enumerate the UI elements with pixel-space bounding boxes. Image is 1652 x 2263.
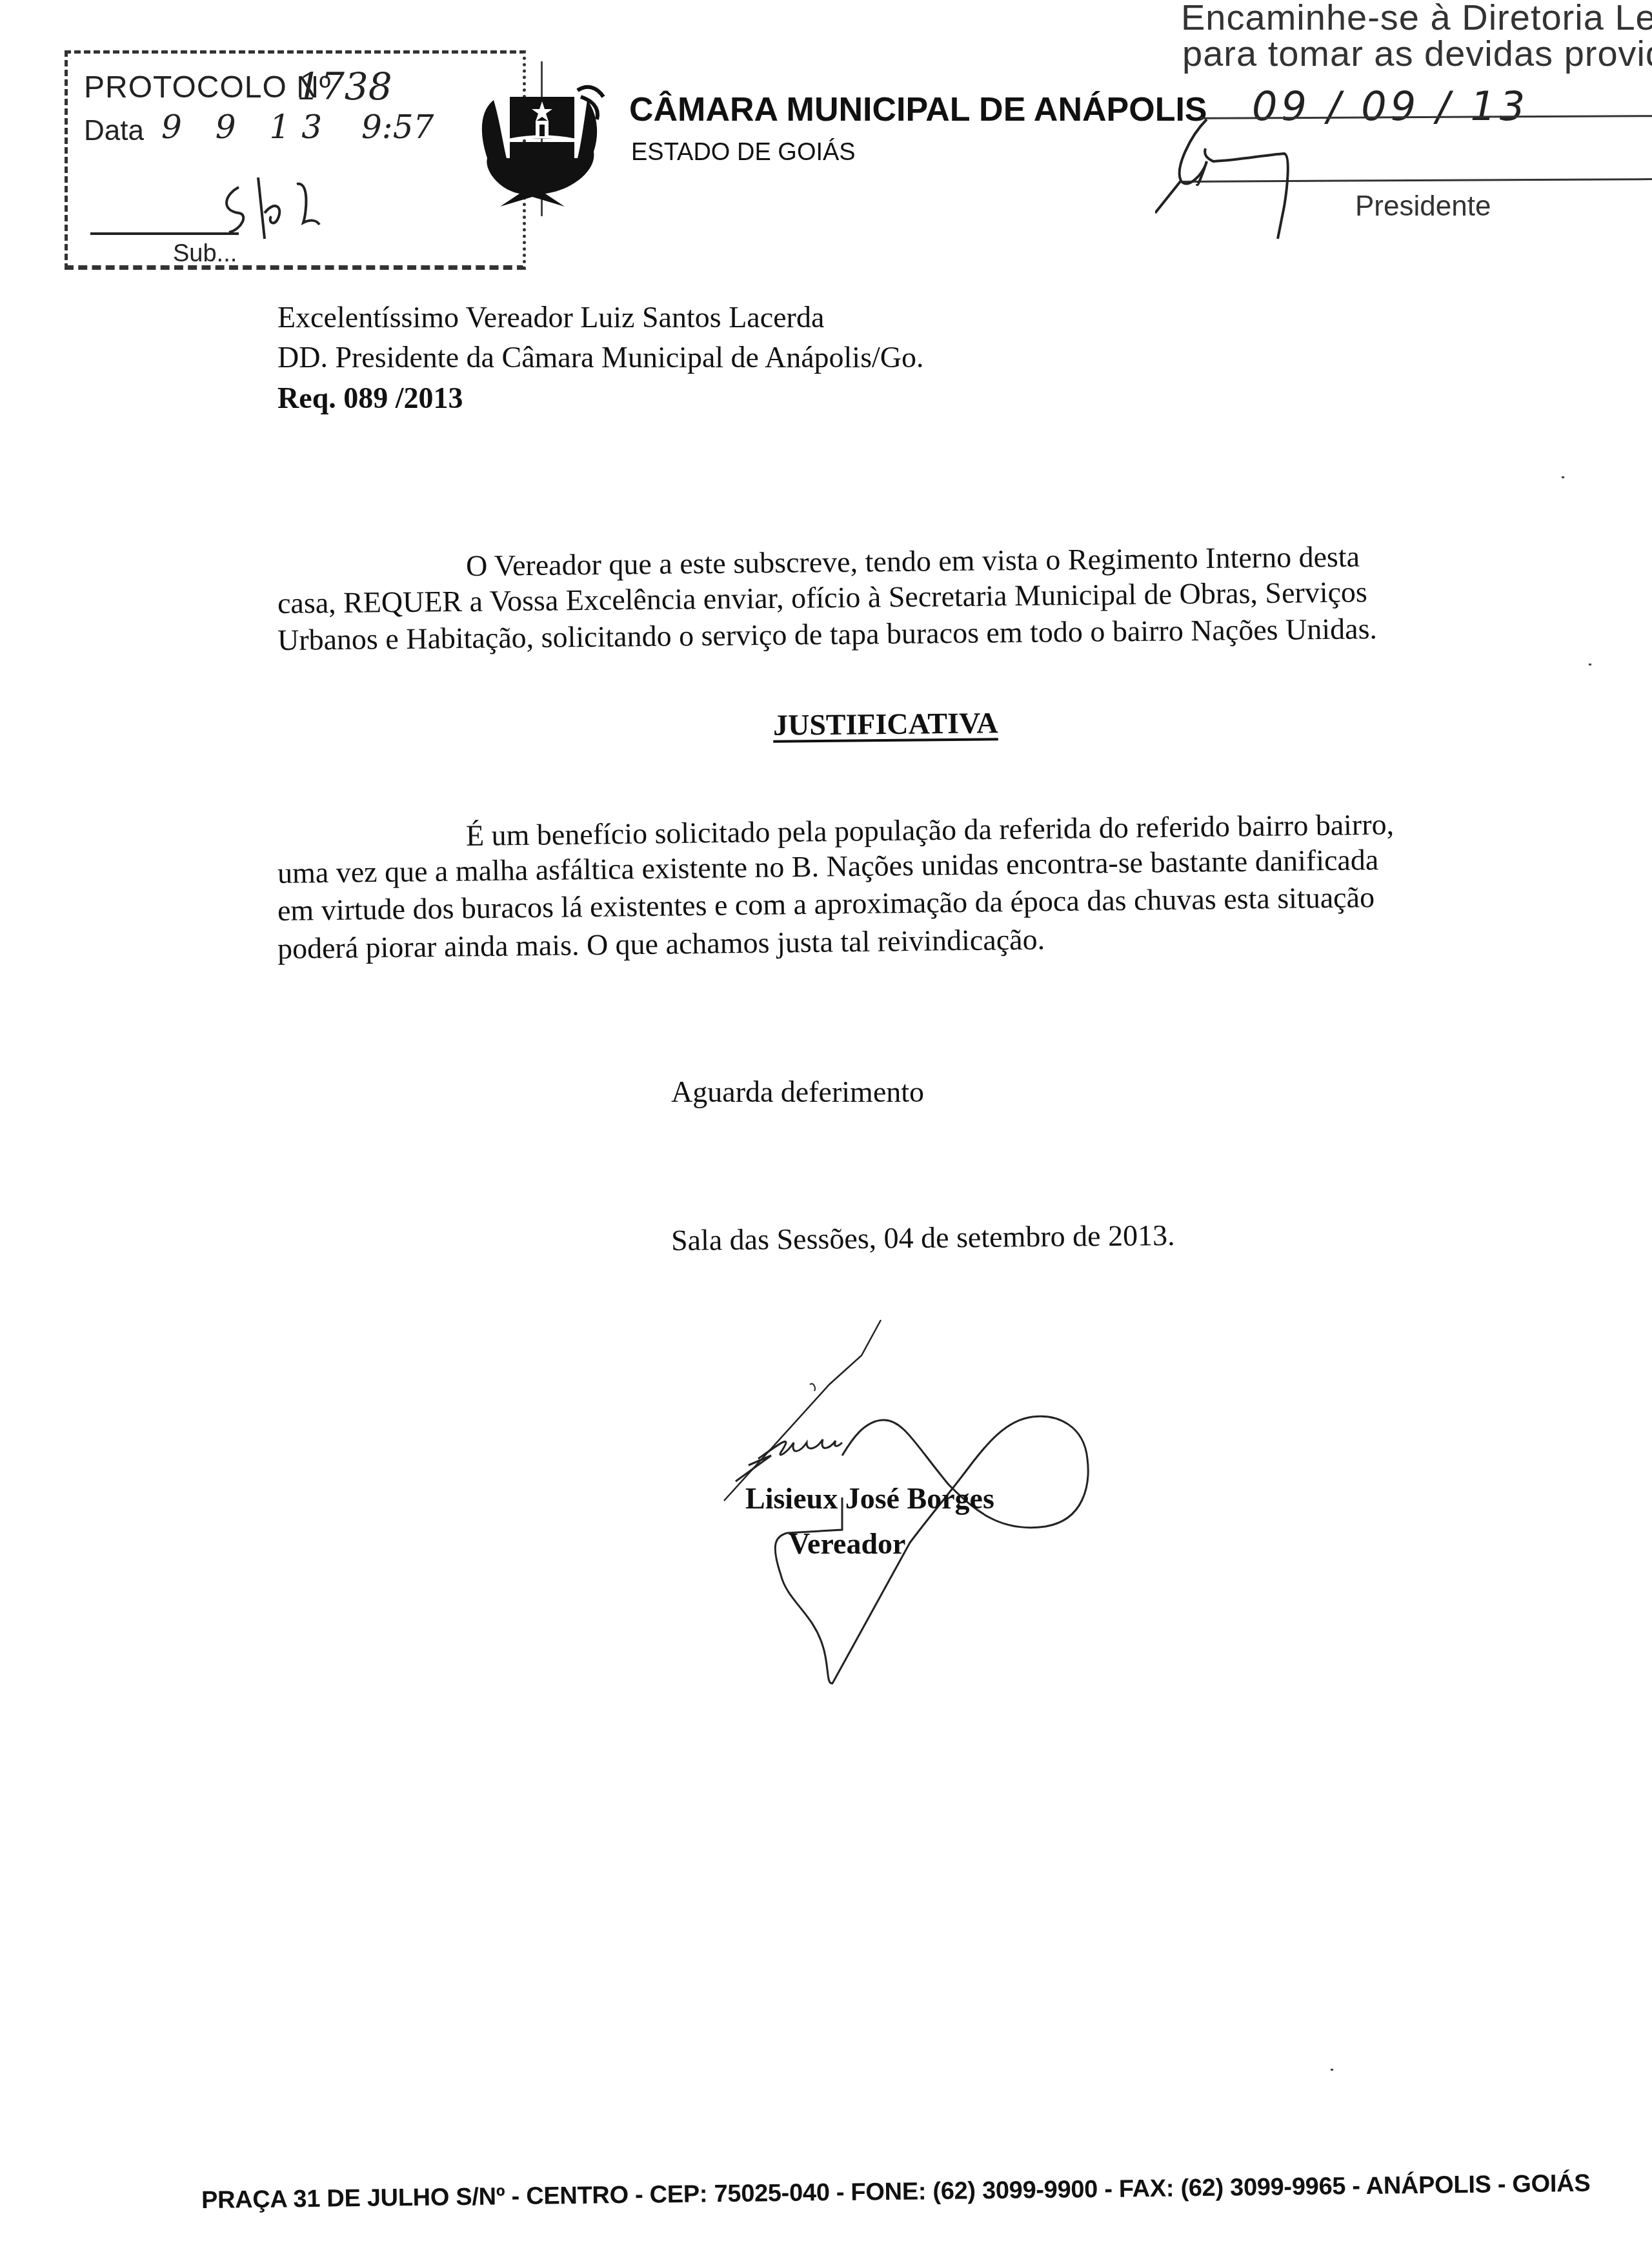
closing-text: Aguarda deferimento <box>671 1075 924 1109</box>
dispatch-role-label: Presidente <box>1355 190 1491 223</box>
protocol-date: 9 9 13 <box>161 108 334 146</box>
addressee-name: Excelentíssimo Vereador Luiz Santos Lace… <box>277 300 824 334</box>
footer-address: PRAÇA 31 DE JULHO S/Nº - CENTRO - CEP: 7… <box>201 2170 1591 2215</box>
protocol-signature-line <box>90 232 239 235</box>
page-title: CÂMARA MUNICIPAL DE ANÁPOLIS <box>629 90 1207 129</box>
protocol-time: 9:57 <box>361 108 434 146</box>
protocol-number: 1738 <box>297 65 392 108</box>
coat-of-arms-icon <box>474 61 610 216</box>
signer-name: Lisieux José Borges <box>745 1481 994 1516</box>
addressee-title: DD. Presidente da Câmara Municipal de An… <box>277 340 924 374</box>
scan-speck <box>1562 476 1564 478</box>
section-heading-justificativa: JUSTIFICATIVA <box>773 705 998 742</box>
protocol-date-label: Data <box>84 115 144 147</box>
protocol-sub-label: Sub... <box>173 240 237 268</box>
page-subtitle: ESTADO DE GOIÁS <box>631 139 856 167</box>
signer-role: Vereador <box>789 1527 905 1561</box>
scan-speck <box>1331 2069 1333 2071</box>
scan-speck <box>1589 664 1591 665</box>
protocol-label: PROTOCOLO Nº <box>84 70 331 105</box>
dispatch-text-line2: para tomar as devidas providênc <box>1182 32 1652 74</box>
request-number: Req. 089 /2013 <box>277 381 463 415</box>
place-and-date: Sala das Sessões, 04 de setembro de 2013… <box>671 1218 1175 1257</box>
